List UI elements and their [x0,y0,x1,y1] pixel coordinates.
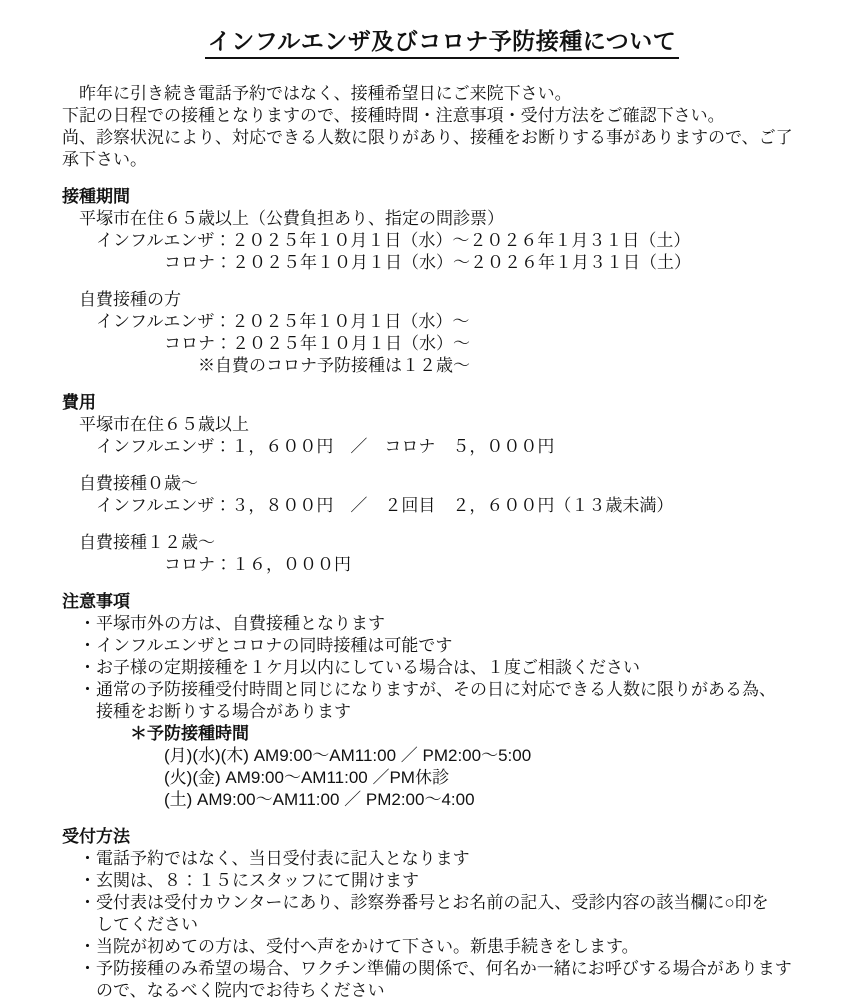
blank-line [62,274,822,289]
blank-line [62,171,822,186]
text-line: 尚、診察状況により、対応できる人数に限りがあり、接種をお断りする事がありますので… [62,127,822,149]
text-line: ので、なるべく院内でお待ちください [62,980,822,1000]
text-line: インフルエンザ：１，６００円 ／ コロナ ５，０００円 [62,436,822,458]
vaccination-notice-document: インフルエンザ及びコロナ予防接種について 昨年に引き続き電話予約ではなく、接種希… [0,0,860,1000]
text-line: 承下さい。 [62,149,822,171]
text-line: コロナ：１６，０００円 [62,554,822,576]
section-heading: 注意事項 [62,591,822,613]
section-heading: 費用 [62,392,822,414]
text-line: ・電話予約ではなく、当日受付表に記入となります [62,848,822,870]
blank-line [62,576,822,591]
text-line: ・平塚市外の方は、自費接種となります [62,613,822,635]
text-line: 接種をお断りする場合があります [62,701,822,723]
document-body: 昨年に引き続き電話予約ではなく、接種希望日にご来院下さい。下記の日程での接種とな… [62,83,822,1000]
text-line: インフルエンザ：２０２５年１０月１日（水）～ [62,311,822,333]
text-line: ・予防接種のみ希望の場合、ワクチン準備の関係で、何名か一緒にお呼びする場合があり… [62,958,822,980]
title-row: インフルエンザ及びコロナ予防接種について [62,28,822,59]
text-line: してください [62,914,822,936]
text-line: インフルエンザ：３，８００円 ／ ２回目 ２，６００円（１３歳未満） [62,495,822,517]
page-title: インフルエンザ及びコロナ予防接種について [205,28,680,59]
text-line: 下記の日程での接種となりますので、接種時間・注意事項・受付方法をご確認下さい。 [62,105,822,127]
text-line: ・通常の予防接種受付時間と同じになりますが、その日に対応できる人数に限りがある為… [62,679,822,701]
text-line: ・お子様の定期接種を１ケ月以内にしている場合は、１度ご相談ください [62,657,822,679]
section-heading: 接種期間 [62,186,822,208]
text-line: ・受付表は受付カウンターにあり、診察券番号とお名前の記入、受診内容の該当欄に○印… [62,892,822,914]
text-line: (月)(水)(木) AM9:00～AM11:00 ／ PM2:00～5:00 [62,745,822,767]
text-line: 自費接種１２歳～ [62,532,822,554]
text-line: コロナ：２０２５年１０月１日（水）～２０２６年１月３１日（土） [62,252,822,274]
subsection-heading: ＊予防接種時間 [62,723,822,745]
text-line: 平塚市在住６５歳以上（公費負担あり、指定の問診票） [62,208,822,230]
text-line: ・当院が初めての方は、受付へ声をかけて下さい。新患手続きをします。 [62,936,822,958]
blank-line [62,517,822,532]
text-line: コロナ：２０２５年１０月１日（水）～ [62,333,822,355]
section-heading: 受付方法 [62,826,822,848]
text-line: (火)(金) AM9:00～AM11:00 ／PM休診 [62,767,822,789]
blank-line [62,377,822,392]
text-line: 自費接種０歳～ [62,473,822,495]
text-line: ・インフルエンザとコロナの同時接種は可能です [62,635,822,657]
blank-line [62,811,822,826]
text-line: 昨年に引き続き電話予約ではなく、接種希望日にご来院下さい。 [62,83,822,105]
text-line: (土) AM9:00～AM11:00 ／ PM2:00～4:00 [62,789,822,811]
blank-line [62,458,822,473]
text-line: 自費接種の方 [62,289,822,311]
text-line: ※自費のコロナ予防接種は１２歳～ [62,355,822,377]
text-line: ・玄関は、８：１５にスタッフにて開けます [62,870,822,892]
text-line: 平塚市在住６５歳以上 [62,414,822,436]
text-line: インフルエンザ：２０２５年１０月１日（水）～２０２６年１月３１日（土） [62,230,822,252]
